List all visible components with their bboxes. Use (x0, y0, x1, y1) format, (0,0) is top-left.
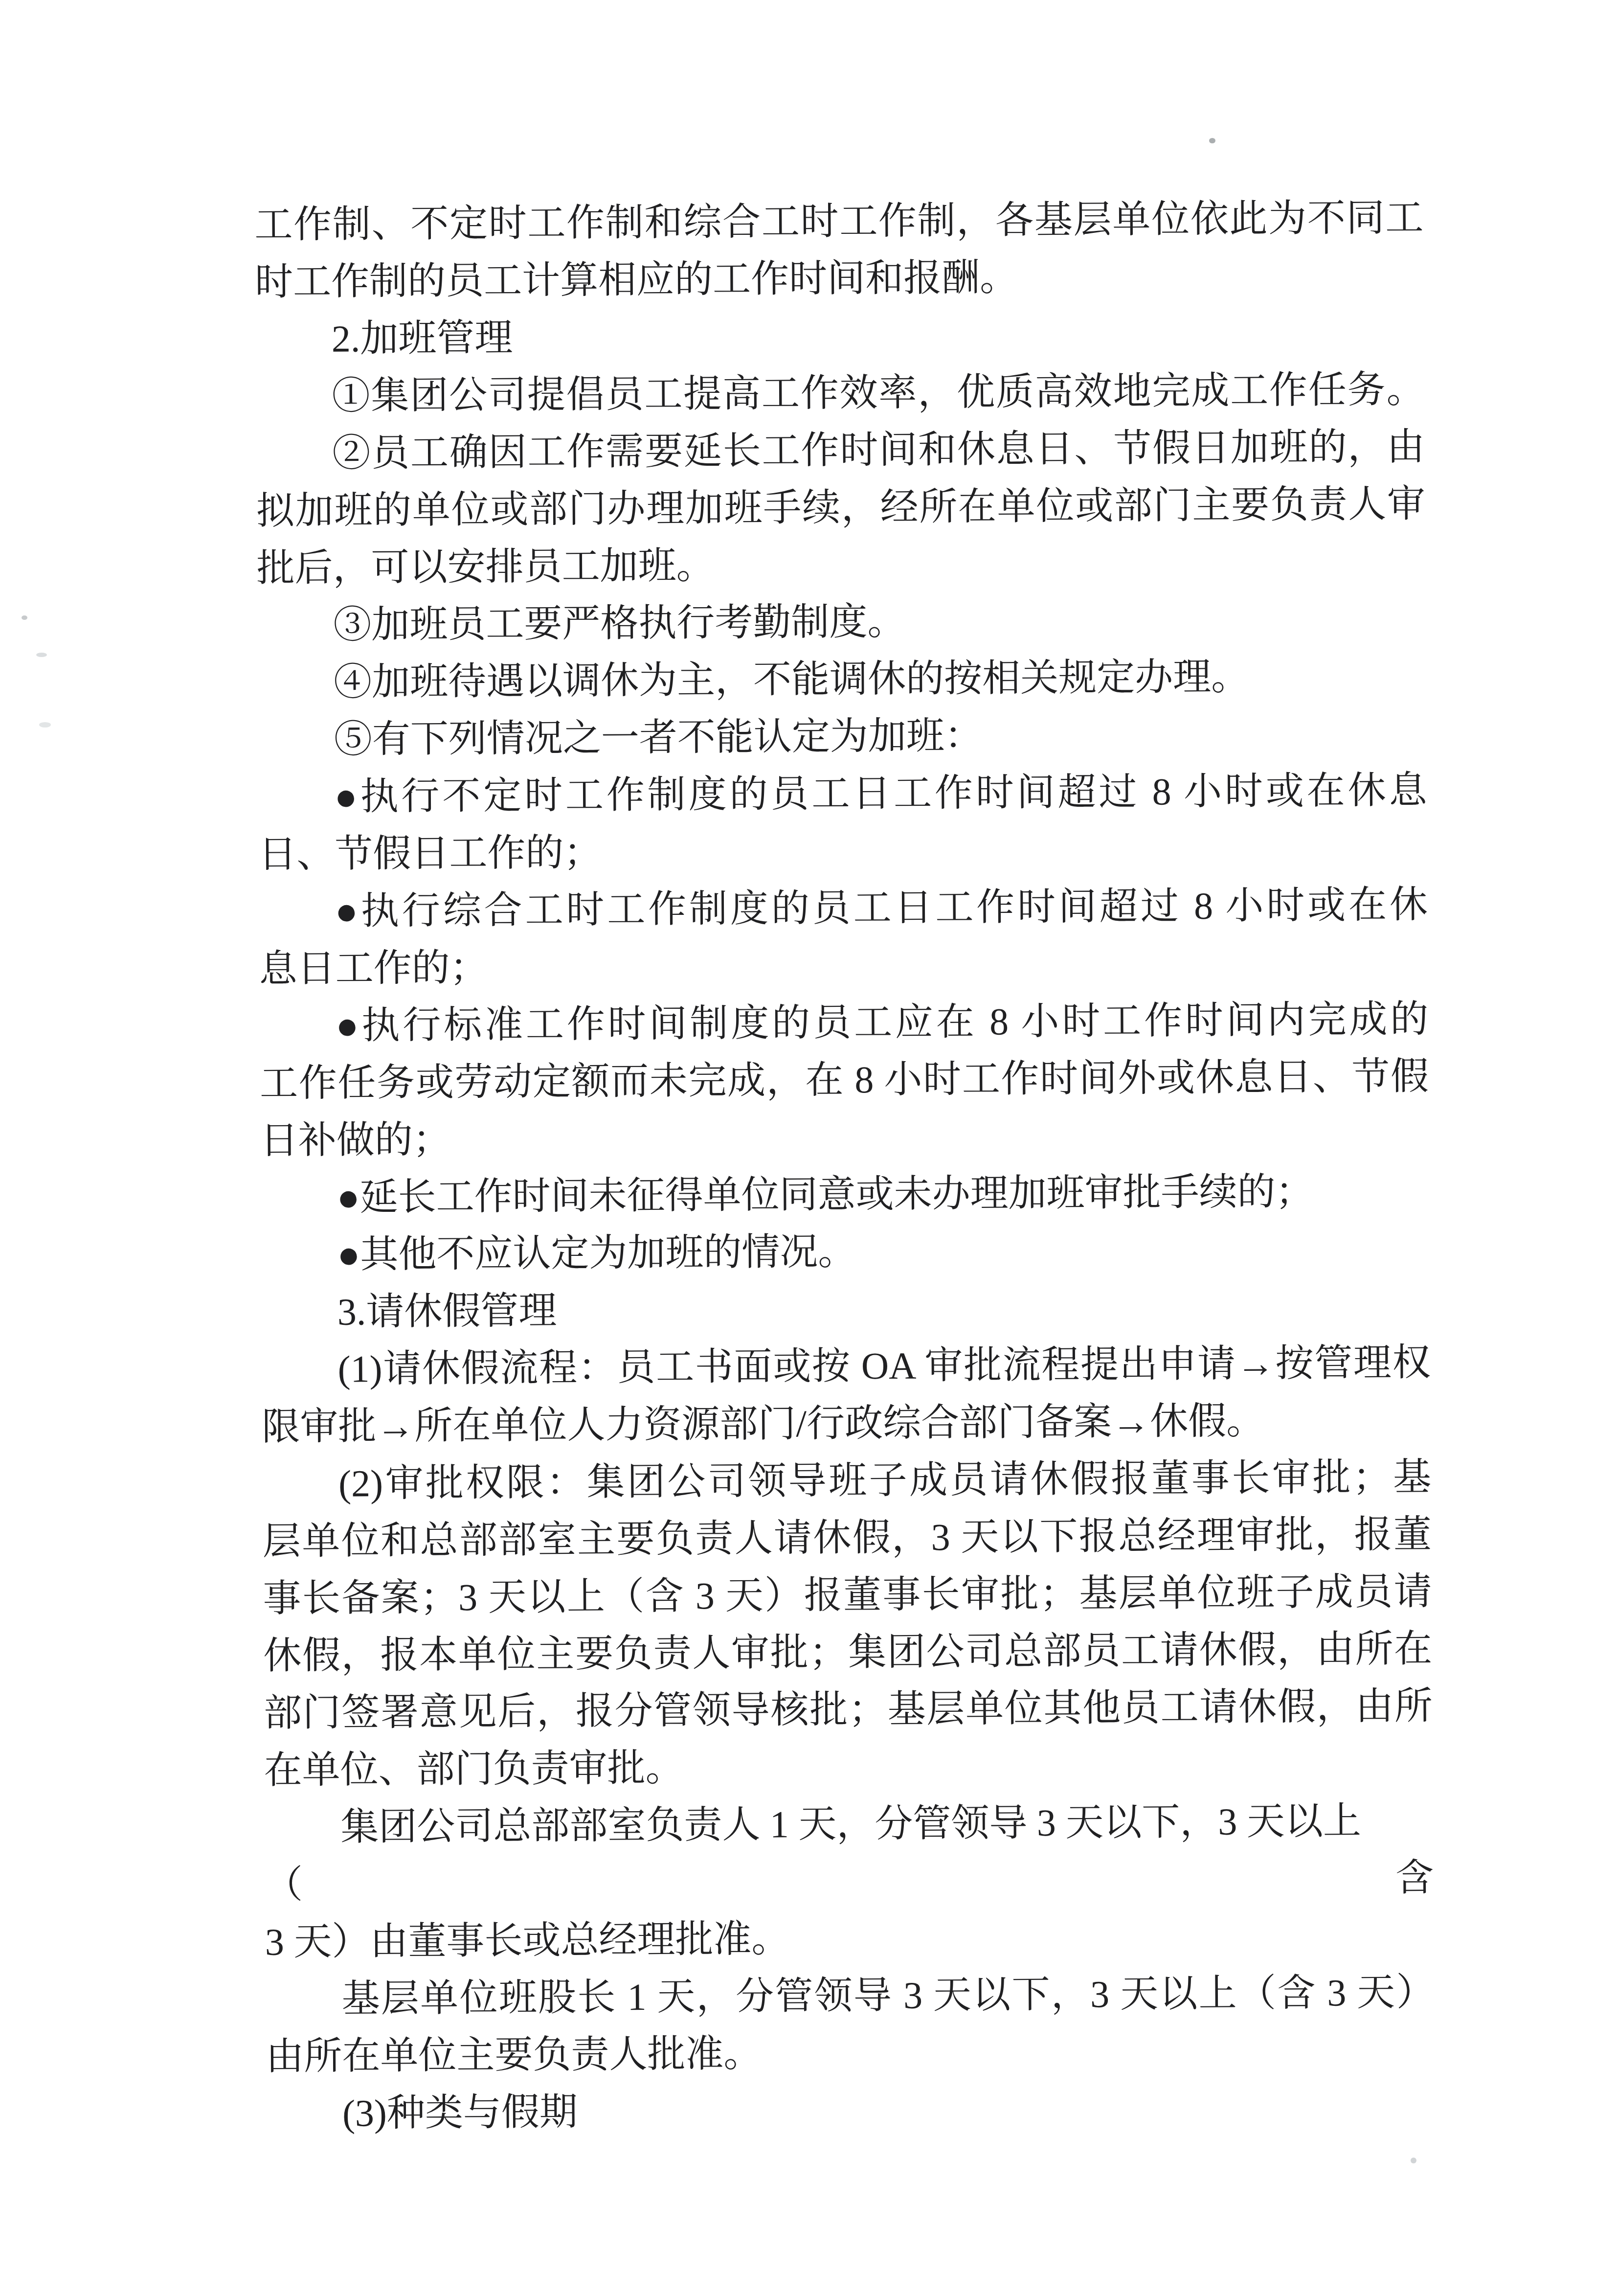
text-line: 3 天）由董事长或总经理批准。 (265, 1906, 1434, 1971)
text-line: ●执行不定时工作制度的员工日工作时间超过 8 小时或在休息 (258, 761, 1427, 826)
text-line: 批后，可以安排员工加班。 (256, 532, 1426, 597)
text-line: ⑤有下列情况之一者不能认定为加班： (257, 704, 1427, 769)
text-line: 日、节假日工作的； (258, 818, 1428, 883)
text-line: 工作制、不定时工作制和综合工时工作制，各基层单位依此为不同工 (254, 189, 1424, 253)
text-line: ●执行综合工时工作制度的员工日工作时间超过 8 小时或在休 (259, 876, 1428, 940)
text-line: 限审批→所在单位人力资源部门/行政综合部门备案→休假。 (262, 1391, 1431, 1455)
scan-speck (22, 615, 27, 620)
text-line: ④加班待遇以调休为主，不能调休的按相关规定办理。 (257, 647, 1427, 711)
text-line: ●延长工作时间未征得单位同意或未办理加班审批手续的； (260, 1162, 1430, 1227)
text-line: (2)审批权限：集团公司领导班子成员请休假报董事长审批；基 (262, 1448, 1432, 1513)
scanned-document-page: 工作制、不定时工作制和综合工时工作制，各基层单位依此为不同工时工作制的员工计算相… (0, 0, 1617, 2296)
text-line: (3)种类与假期 (266, 2078, 1436, 2142)
text-line: ①集团公司提倡员工提高工作效率，优质高效地完成工作任务。 (255, 361, 1425, 425)
text-line: 事长备案；3 天以上（含 3 天）报董事长审批；基层单位班子成员请 (263, 1563, 1432, 1627)
document-text-block: 工作制、不定时工作制和综合工时工作制，各基层单位依此为不同工时工作制的员工计算相… (254, 189, 1435, 2142)
text-line: 时工作制的员工计算相应的工作时间和报酬。 (255, 246, 1424, 311)
text-line: ●执行标准工作时间制度的员工应在 8 小时工作时间内完成的 (259, 990, 1429, 1055)
scan-speck (39, 722, 51, 727)
text-line: 层单位和总部部室主要负责人请休假，3 天以下报总经理审批，报董 (262, 1505, 1432, 1570)
text-line: 集团公司总部部室负责人 1 天，分管领导 3 天以下，3 天以上（含 (264, 1792, 1434, 1913)
text-line: 拟加班的单位或部门办理加班手续，经所在单位或部门主要负责人审 (256, 475, 1426, 540)
text-line: ③加班员工要严格执行考勤制度。 (257, 590, 1426, 654)
text-line: (1)请休假流程：员工书面或按 OA 审批流程提出申请→按管理权 (261, 1334, 1431, 1398)
scan-speck (1209, 138, 1215, 143)
scan-speck (1411, 2158, 1416, 2163)
text-line: 休假，报本单位主要负责人审批；集团公司总部员工请休假，由所在 (263, 1620, 1433, 1684)
text-line: 在单位、部门负责审批。 (264, 1734, 1433, 1799)
text-line: 部门签署意见后，报分管领导核批；基层单位其他员工请休假，由所 (264, 1677, 1433, 1742)
text-line: 由所在单位主要负责人批准。 (266, 2021, 1435, 2085)
text-line: 基层单位班股长 1 天，分管领导 3 天以下，3 天以上（含 3 天） (265, 1963, 1435, 2028)
text-line: 3.请休假管理 (261, 1276, 1431, 1341)
text-line: ②员工确因工作需要延长工作时间和休息日、节假日加班的，由 (256, 418, 1425, 482)
text-line: 工作任务或劳动定额而未完成，在 8 小时工作时间外或休息日、节假 (260, 1047, 1429, 1112)
text-line: ●其他不应认定为加班的情况。 (261, 1219, 1430, 1284)
text-line: 日补做的； (260, 1105, 1429, 1169)
text-line: 息日工作的； (259, 933, 1428, 998)
scan-speck (36, 653, 47, 657)
text-line: 2.加班管理 (255, 303, 1424, 368)
